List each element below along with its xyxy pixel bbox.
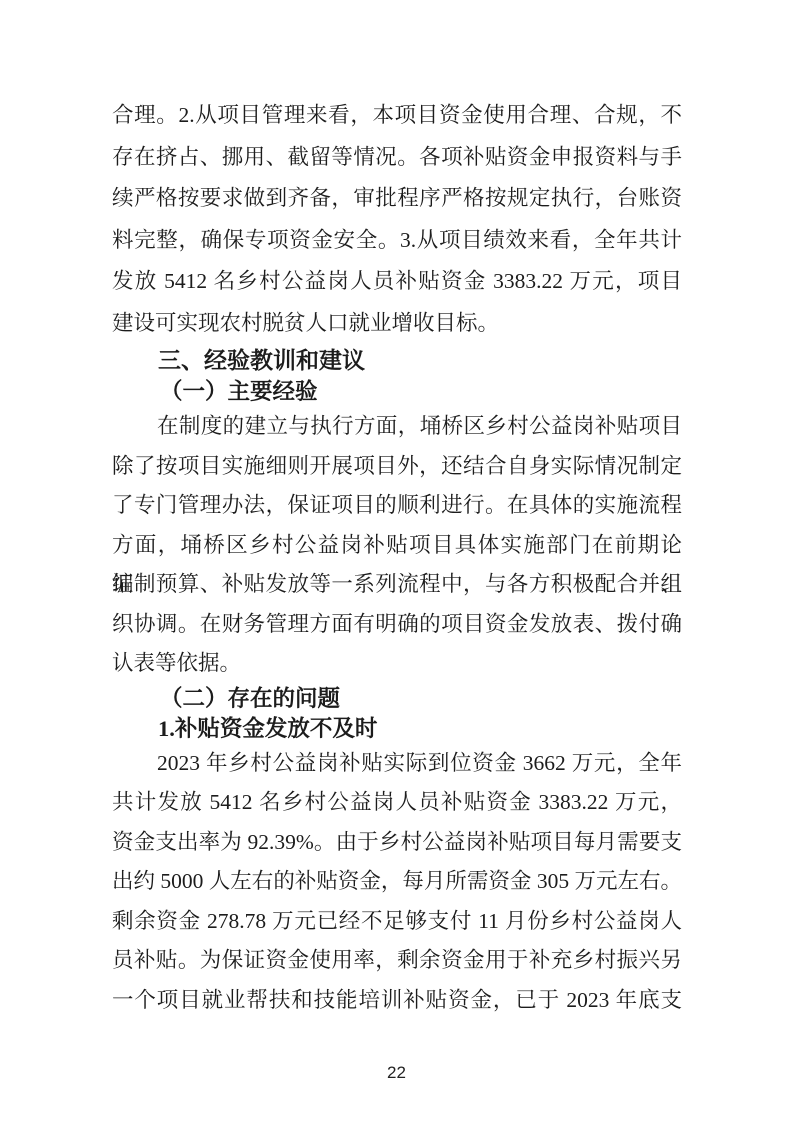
document-page: 合理。2.从项目管理来看，本项目资金使用合理、合规，不存在挤占、挪用、截留等情况…: [0, 0, 793, 1122]
subsection-heading-existing-problems: （二）存在的问题: [112, 684, 682, 714]
paragraph-project-conclusion: 合理。2.从项目管理来看，本项目资金使用合理、合规，不存在挤占、挪用、截留等情况…: [112, 95, 682, 344]
text-line: （二）存在的问题: [112, 684, 682, 714]
text-line: 2023 年乡村公益岗补贴实际到位资金 3662 万元，全年: [112, 744, 682, 784]
text-line: 织协调。在财务管理方面有明确的项目资金发放表、拨付确: [112, 605, 682, 645]
text-line: 方面，埇桥区乡村公益岗补贴项目具体实施部门在前期论证、: [112, 526, 682, 566]
text-line: 料完整，确保专项资金安全。3.从项目绩效来看，全年共计: [112, 220, 682, 262]
text-line: 建设可实现农村脱贫人口就业增收目标。: [112, 303, 682, 345]
text-line: 资金支出率为 92.39%。由于乡村公益岗补贴项目每月需要支: [112, 823, 682, 863]
text-line: 1.补贴资金发放不及时: [112, 714, 682, 744]
subsection-heading-main-experience: （一）主要经验: [112, 377, 682, 407]
text-line: 剩余资金 278.78 万元已经不足够支付 11 月份乡村公益岗人: [112, 902, 682, 942]
text-line: 除了按项目实施细则开展项目外，还结合自身实际情况制定: [112, 447, 682, 487]
text-line: 员补贴。为保证资金使用率，剩余资金用于补充乡村振兴另: [112, 941, 682, 981]
text-line: 出约 5000 人左右的补贴资金，每月所需资金 305 万元左右。: [112, 862, 682, 902]
text-line: （一）主要经验: [112, 377, 682, 407]
text-line: 存在挤占、挪用、截留等情况。各项补贴资金申报资料与手: [112, 137, 682, 179]
document-content: 合理。2.从项目管理来看，本项目资金使用合理、合规，不存在挤占、挪用、截留等情况…: [112, 95, 682, 1020]
text-line: 认表等依据。: [112, 644, 682, 684]
text-line: 合理。2.从项目管理来看，本项目资金使用合理、合规，不: [112, 95, 682, 137]
text-line: 共计发放 5412 名乡村公益岗人员补贴资金 3383.22 万元，: [112, 783, 682, 823]
paragraph-subsidy-funds-detail: 2023 年乡村公益岗补贴实际到位资金 3662 万元，全年共计发放 5412 …: [112, 744, 682, 1021]
item-heading-subsidy-not-timely: 1.补贴资金发放不及时: [112, 714, 682, 744]
text-line: 编制预算、补贴发放等一系列流程中，与各方积极配合并组: [112, 565, 682, 605]
paragraph-main-experience: 在制度的建立与执行方面，埇桥区乡村公益岗补贴项目除了按项目实施细则开展项目外，还…: [112, 407, 682, 684]
text-line: 了专门管理办法，保证项目的顺利进行。在具体的实施流程: [112, 486, 682, 526]
page-number: 22: [0, 1063, 793, 1083]
section-heading-experience-lessons: 三、经验教训和建议: [112, 344, 682, 377]
text-line: 续严格按要求做到齐备，审批程序严格按规定执行，台账资: [112, 178, 682, 220]
text-line: 一个项目就业帮扶和技能培训补贴资金，已于 2023 年底支: [112, 981, 682, 1021]
text-line: 三、经验教训和建议: [112, 344, 682, 377]
text-line: 在制度的建立与执行方面，埇桥区乡村公益岗补贴项目: [112, 407, 682, 447]
text-line: 发放 5412 名乡村公益岗人员补贴资金 3383.22 万元，项目: [112, 261, 682, 303]
